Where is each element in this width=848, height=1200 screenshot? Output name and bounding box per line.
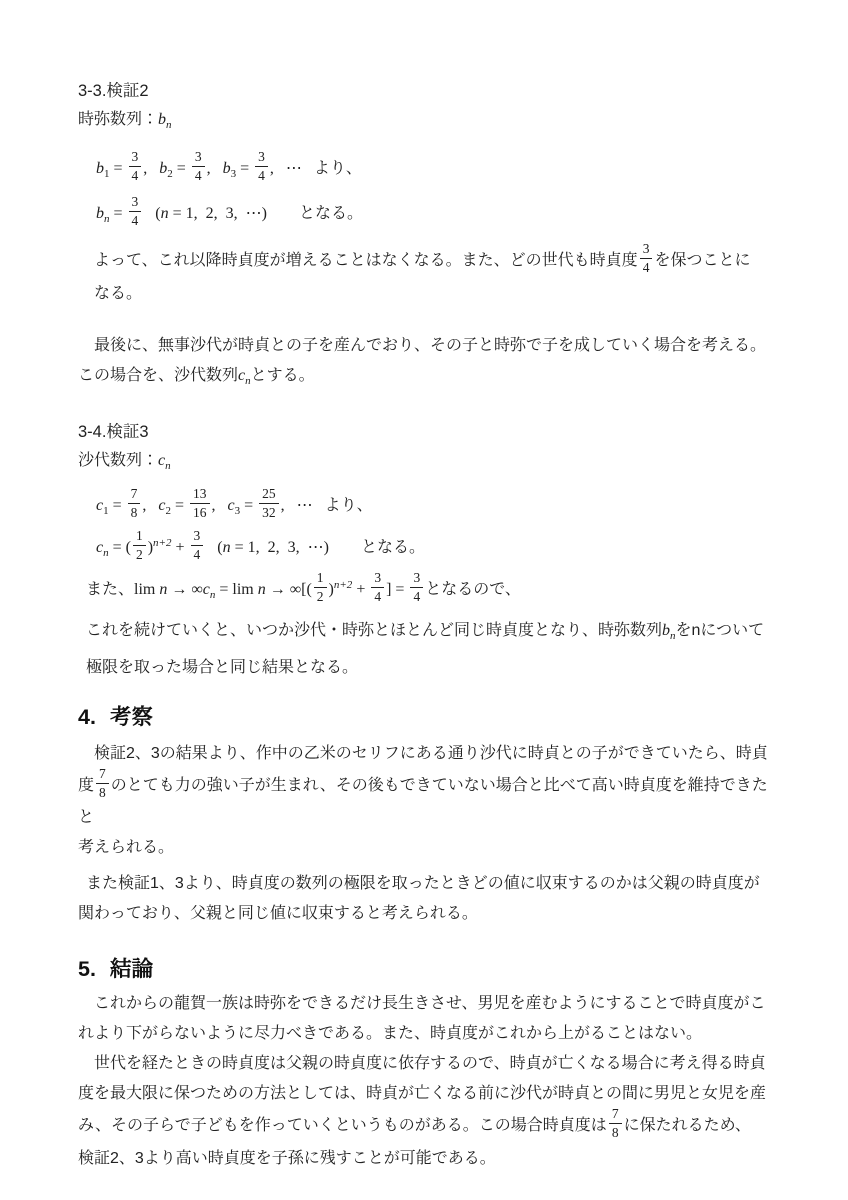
inline-fraction: 34 (191, 528, 204, 563)
document-page: 3-3.検証2 時弥数列：bn b1 = 34, b2 = 34, b3 = 3… (0, 0, 848, 1200)
sequence-label-bn: 時弥数列：bn (78, 106, 778, 139)
paragraph-line: れより下がらないように尽力べきである。また、時貞度がこれから上がることはない。 (78, 1020, 778, 1048)
paragraph-line: 検証2、3の結果より、作中の乙米のセリフにある通り沙代に時貞との子ができていたら… (78, 740, 778, 768)
section-4-heading: 4.考察 (78, 702, 778, 732)
inline-fraction: 12 (314, 570, 327, 605)
inline-fraction: 78 (609, 1106, 622, 1141)
equation-b-terms: b1 = 34, b2 = 34, b3 = 34, ⋯ より、 (78, 151, 778, 188)
inline-fraction: 34 (255, 149, 268, 184)
inline-fraction: 12 (133, 528, 146, 563)
equation-c-limit: また、lim n → ∞cn = lim n → ∞[(12)n+2 + 34]… (78, 571, 778, 609)
inline-fraction: 2532 (259, 486, 279, 521)
section-5-title: 結論 (110, 957, 153, 981)
sequence-label-cn: 沙代数列：cn (78, 447, 778, 480)
inline-fraction: 34 (640, 241, 653, 276)
equation-c-terms: c1 = 78, c2 = 1316, c3 = 2532, ⋯ より、 (78, 488, 778, 525)
section-3-3-heading: 3-3.検証2 (78, 78, 778, 104)
paragraph-line: 考えられる。 (78, 834, 778, 862)
paragraph-line: なる。 (78, 280, 778, 308)
equation-c-general: cn = (12)n+2 + 34 (n = 1, 2, 3, ⋯) となる。 (78, 529, 778, 567)
inline-fraction: 78 (128, 486, 141, 521)
paragraph-line: 度を最大限に保つための方法としては、時貞が亡くなる前に沙代が時貞との間に男児と女… (78, 1080, 778, 1108)
section-3-4-heading: 3-4.検証3 (78, 419, 778, 445)
inline-fraction: 34 (410, 570, 423, 605)
paragraph-line: み、その子らで子どもを作っていくというものがある。この場合時貞度は78に保たれる… (78, 1108, 778, 1143)
paragraph-line: 極限を取った場合と同じ結果となる。 (78, 654, 778, 682)
section-5-heading: 5.結論 (78, 954, 778, 984)
paragraph-line: 関わっており、父親と同じ値に収束すると考えられる。 (78, 900, 778, 928)
inline-fraction: 1316 (190, 486, 210, 521)
paragraph-line: これを続けていくと、いつか沙代・時弥とほとんど同じ時貞度となり、時弥数列bnをn… (78, 617, 778, 650)
paragraph-line: この場合を、沙代数列cnとする。 (78, 362, 778, 395)
inline-fraction: 34 (129, 149, 142, 184)
paragraph-line: 最後に、無事沙代が時貞との子を産んでおり、その子と時弥で子を成していく場合を考え… (78, 332, 778, 360)
paragraph-line: これからの龍賀一族は時弥をできるだけ長生きさせ、男児を産むようにすることで時貞度… (78, 990, 778, 1018)
inline-fraction: 34 (192, 149, 205, 184)
section-4-title: 考察 (110, 705, 153, 729)
paragraph-line: 度78のとても力の強い子が生まれ、その後もできていない場合と比べて高い時貞度を維… (78, 768, 778, 831)
inline-fraction: 78 (96, 766, 109, 801)
equation-b-general: bn = 34 (n = 1, 2, 3, ⋯) となる。 (78, 196, 778, 233)
inline-fraction: 34 (371, 570, 384, 605)
inline-fraction: 34 (129, 194, 142, 229)
section-4-number: 4. (78, 702, 96, 732)
paragraph-line: 世代を経たときの時貞度は父親の時貞度に依存するので、時貞が亡くなる場合に考え得る… (78, 1050, 778, 1078)
section-5-number: 5. (78, 954, 96, 984)
paragraph-line: また検証1、3より、時貞度の数列の極限を取ったときどの値に収束するのかは父親の時… (78, 870, 778, 898)
paragraph-line: 検証2、3より高い時貞度を子孫に残すことが可能である。 (78, 1145, 778, 1173)
paragraph-line: よって、これ以降時貞度が増えることはなくなる。また、どの世代も時貞度34を保つこ… (78, 243, 778, 278)
